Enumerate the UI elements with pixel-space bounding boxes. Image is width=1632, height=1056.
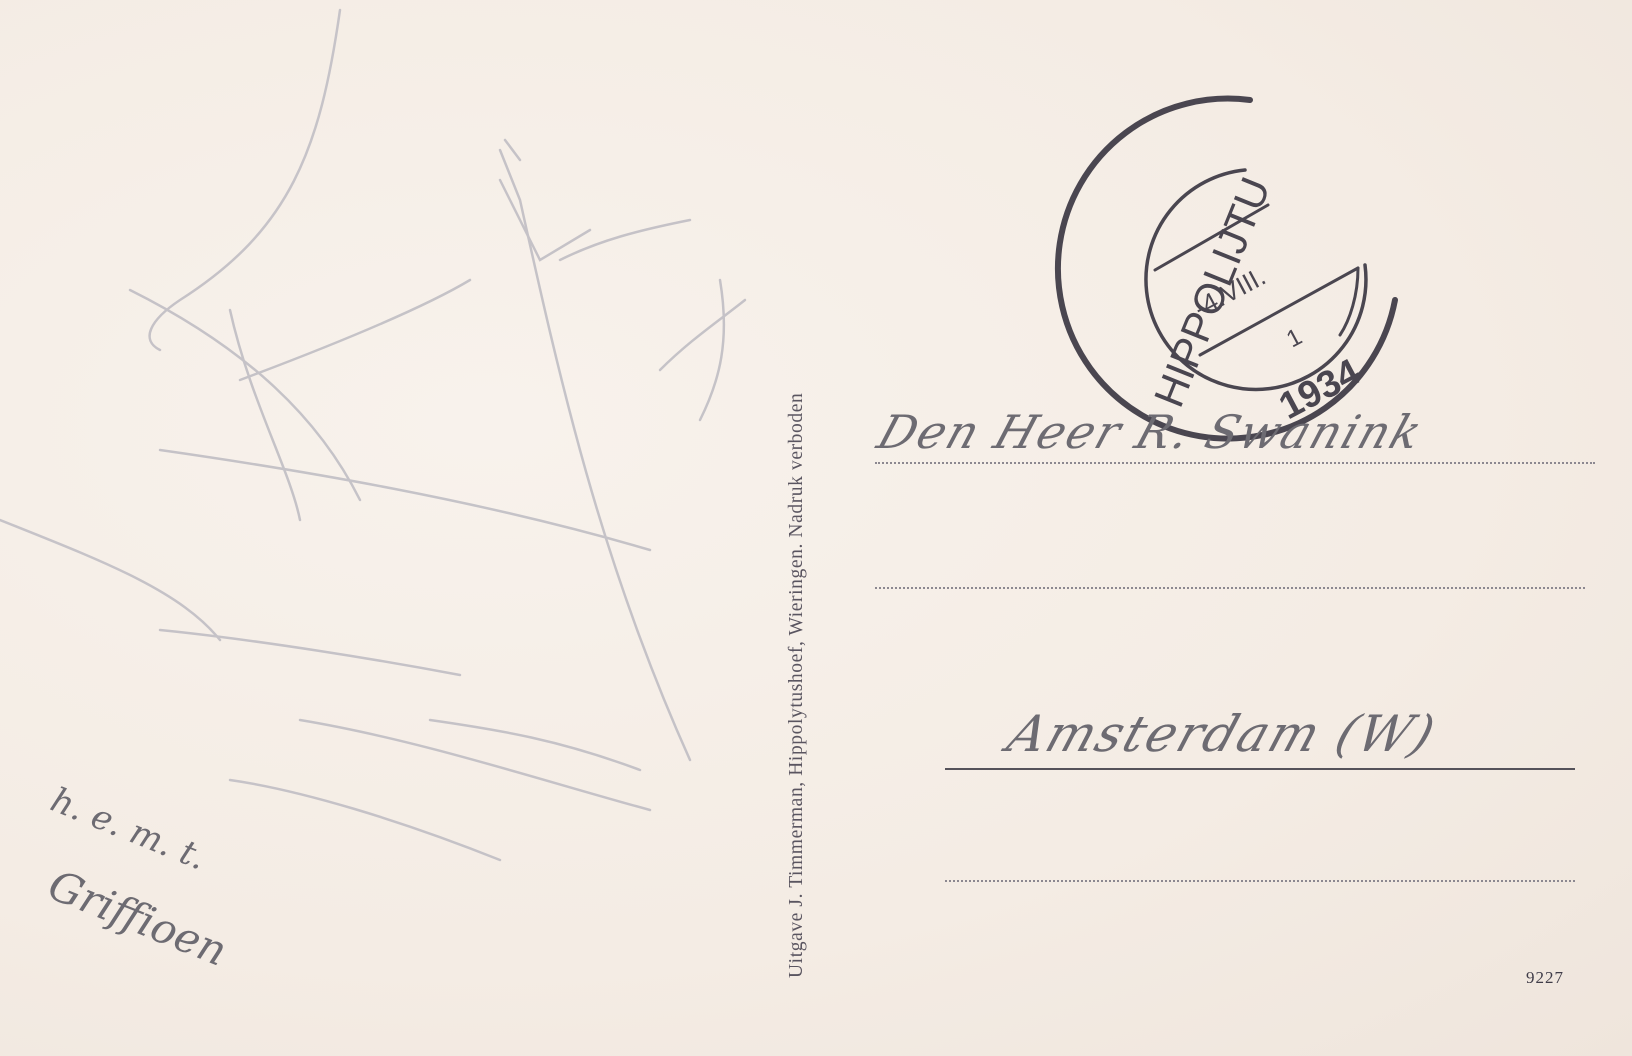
address-city: Amsterdam (W)	[1001, 705, 1444, 763]
postmark-stamp: HIPPOLIJTU -4.VIII. 1 1934	[0, 0, 1632, 1056]
address-line-4	[945, 880, 1575, 882]
address-line-2	[875, 587, 1585, 589]
address-line-3	[945, 768, 1575, 770]
address-recipient: Den Heer R. Swanink	[871, 405, 1430, 459]
postcard-back: Uitgave J. Timmerman, Hippolytushoef, Wi…	[0, 0, 1632, 1056]
serial-number: 9227	[1526, 968, 1564, 988]
postmark-hour: 1	[1282, 323, 1306, 353]
address-line-1	[875, 462, 1595, 464]
